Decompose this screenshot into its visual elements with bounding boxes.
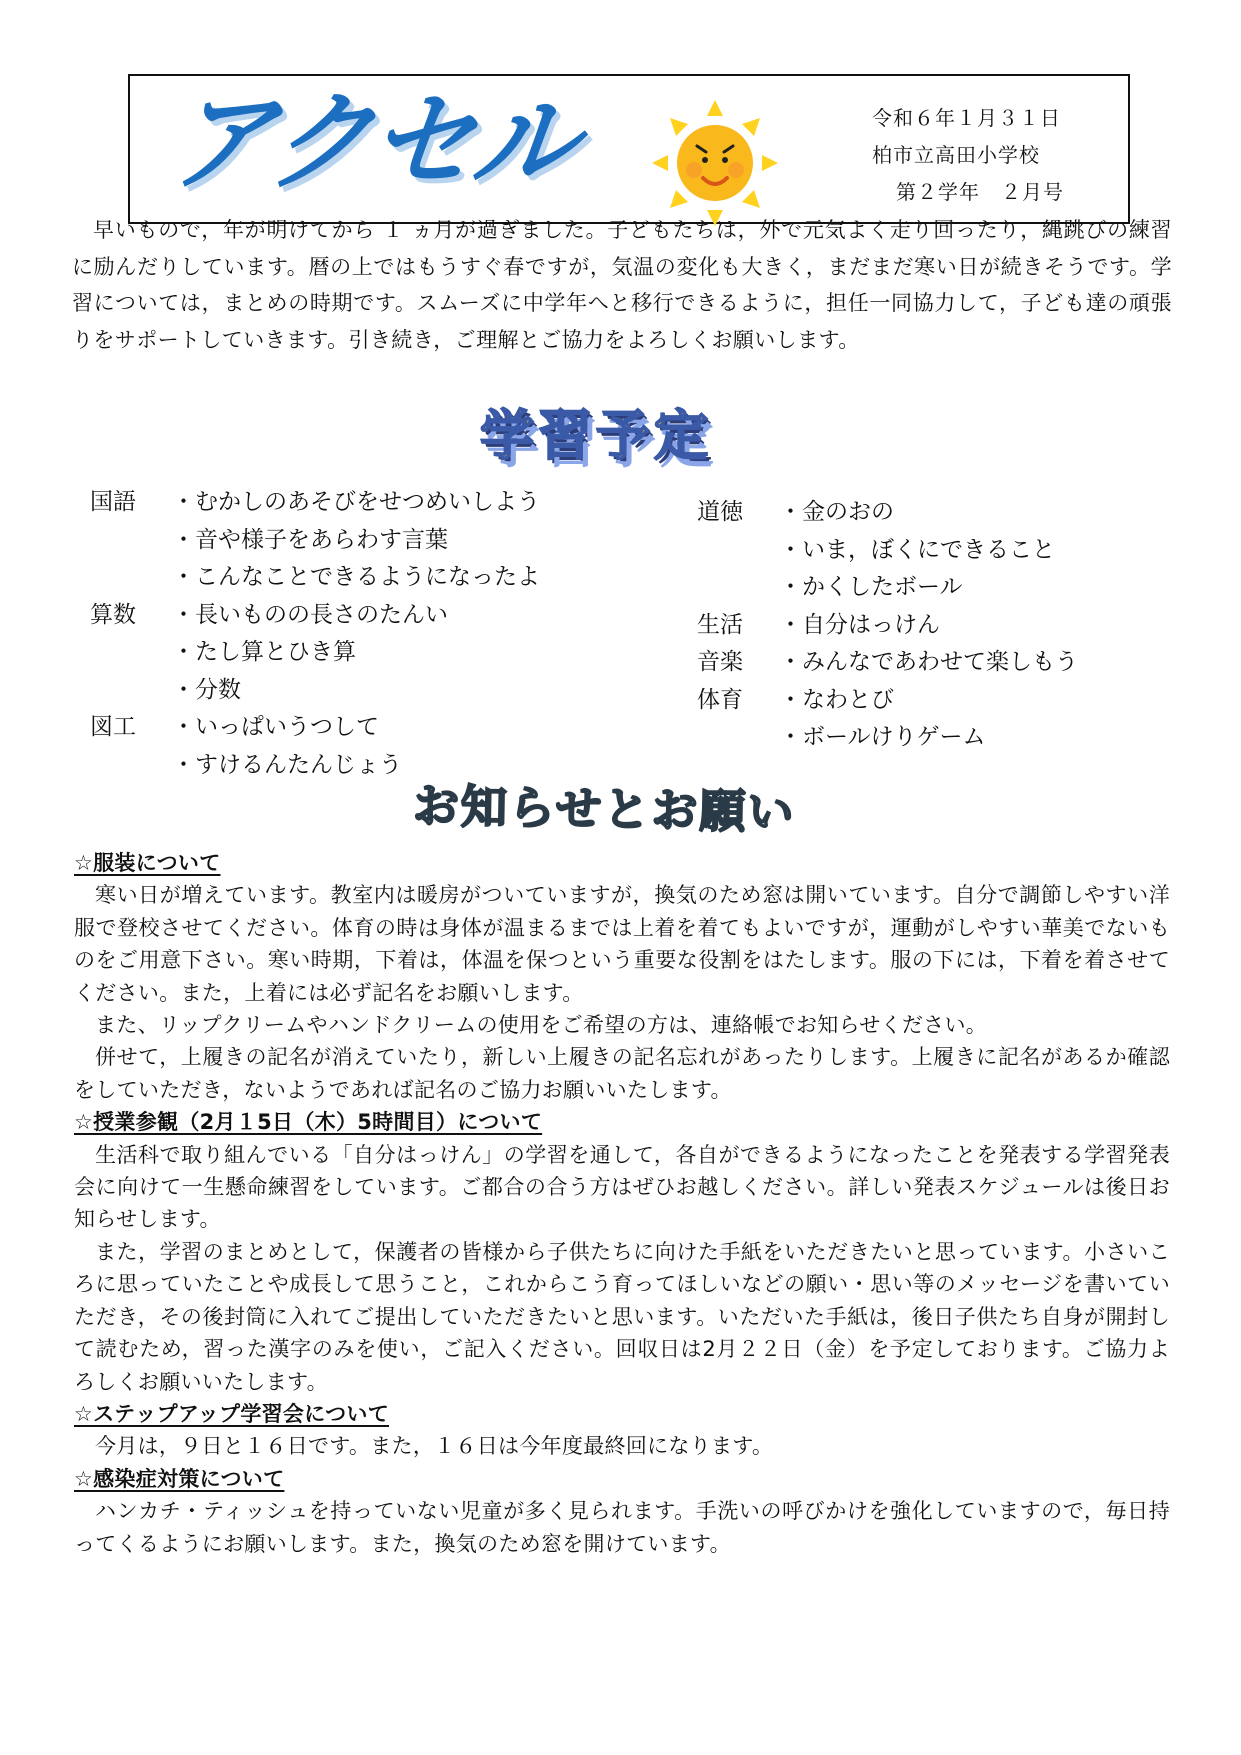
schedule-row: 分数 bbox=[90, 672, 540, 710]
subject-label bbox=[697, 532, 779, 570]
subject-label: 生活 bbox=[697, 607, 779, 645]
schedule-row: 算数長いものの長さのたんい bbox=[90, 597, 540, 635]
issue-number: 第２学年 ２月号 bbox=[872, 174, 1064, 211]
schedule-row: こんなことできるようになったよ bbox=[90, 559, 540, 597]
notice-banner: お知らせとお願い bbox=[412, 770, 796, 843]
lesson-item: いま，ぼくにできること bbox=[779, 532, 1055, 570]
subject-label bbox=[697, 719, 779, 757]
lesson-item: むかしのあそびをせつめいしよう bbox=[172, 484, 540, 522]
notice-paragraph: 寒い日が増えています。教室内は暖房がついていますが，換気のため窓は開いています。… bbox=[74, 879, 1170, 1009]
subject-label: 算数 bbox=[90, 597, 172, 635]
subject-label bbox=[90, 672, 172, 710]
schedule-left-column: 国語むかしのあそびをせつめいしよう音や様子をあらわす言葉こんなことできるようにな… bbox=[90, 484, 540, 784]
lesson-item: かくしたボール bbox=[779, 569, 963, 607]
study-plan-banner: 学習予定 bbox=[480, 393, 712, 470]
notice-heading: ☆感染症対策について bbox=[74, 1463, 1170, 1495]
subject-label bbox=[90, 522, 172, 560]
lesson-item: 分数 bbox=[172, 672, 241, 710]
lesson-item: 金のおの bbox=[779, 494, 894, 532]
schedule-row: 音楽みんなであわせて楽しもう bbox=[697, 644, 1078, 682]
schedule-row: たし算とひき算 bbox=[90, 634, 540, 672]
subject-label: 道徳 bbox=[697, 494, 779, 532]
header-info: 令和６年１月３１日 柏市立高田小学校 第２学年 ２月号 bbox=[872, 100, 1064, 211]
newsletter-header: アクセル 令和６年１月３１日 柏市立高田小学校 第２学年 ２月号 bbox=[128, 74, 1130, 224]
notice-paragraph: ハンカチ・ティッシュを持っていない児童が多く見られます。手洗いの呼びかけを強化し… bbox=[74, 1495, 1170, 1560]
intro-paragraph: 早いもので，年が明けてから １ ヵ月が過ぎました。子どもたちは，外で元気よく走り… bbox=[72, 212, 1172, 358]
sun-face-icon bbox=[650, 98, 780, 228]
lesson-item: 自分はっけん bbox=[779, 607, 940, 645]
lesson-item: ボールけりゲーム bbox=[779, 719, 986, 757]
subject-label: 国語 bbox=[90, 484, 172, 522]
subject-label bbox=[90, 747, 172, 785]
lesson-item: こんなことできるようになったよ bbox=[172, 559, 540, 597]
notice-paragraph: 生活科で取り組んでいる「自分はっけん」の学習を通して，各自ができるようになったこ… bbox=[74, 1139, 1170, 1236]
lesson-item: 音や様子をあらわす言葉 bbox=[172, 522, 448, 560]
subject-label bbox=[90, 634, 172, 672]
notice-paragraph: 併せて，上履きの記名が消えていたり，新しい上履きの記名忘れがあったりします。上履… bbox=[74, 1041, 1170, 1106]
schedule-row: 道徳金のおの bbox=[697, 494, 1078, 532]
schedule-row: 国語むかしのあそびをせつめいしよう bbox=[90, 484, 540, 522]
lesson-item: たし算とひき算 bbox=[172, 634, 356, 672]
lesson-item: すけるんたんじょう bbox=[172, 747, 402, 785]
schedule-right-column: 道徳金のおのいま，ぼくにできることかくしたボール生活自分はっけん音楽みんなであわ… bbox=[697, 494, 1078, 757]
schedule-row: 音や様子をあらわす言葉 bbox=[90, 522, 540, 560]
schedule-row: 図工いっぱいうつして bbox=[90, 709, 540, 747]
notice-heading: ☆服装について bbox=[74, 847, 1170, 879]
notice-heading: ☆ステップアップ学習会について bbox=[74, 1398, 1170, 1430]
subject-label bbox=[90, 559, 172, 597]
notice-heading: ☆授業参観（2月１5日（木）5時間目）について bbox=[74, 1106, 1170, 1138]
lesson-item: いっぱいうつして bbox=[172, 709, 379, 747]
notice-paragraph: 今月は，９日と１６日です。また，１６日は今年度最終回になります。 bbox=[74, 1430, 1170, 1462]
notice-paragraph: また，学習のまとめとして，保護者の皆様から子供たちに向けた手紙をいただきたいと思… bbox=[74, 1236, 1170, 1398]
notice-paragraph: また、リップクリームやハンドクリームの使用をご希望の方は、連絡帳でお知らせくださ… bbox=[74, 1009, 1170, 1041]
issue-date: 令和６年１月３１日 bbox=[872, 100, 1064, 137]
subject-label: 図工 bbox=[90, 709, 172, 747]
schedule-row: 生活自分はっけん bbox=[697, 607, 1078, 645]
subject-label: 体育 bbox=[697, 682, 779, 720]
schedule-row: ボールけりゲーム bbox=[697, 719, 1078, 757]
schedule-row: いま，ぼくにできること bbox=[697, 532, 1078, 570]
notices-section: ☆服装について寒い日が増えています。教室内は暖房がついていますが，換気のため窓は… bbox=[74, 847, 1170, 1560]
lesson-item: みんなであわせて楽しもう bbox=[779, 644, 1078, 682]
lesson-item: 長いものの長さのたんい bbox=[172, 597, 448, 635]
subject-label: 音楽 bbox=[697, 644, 779, 682]
lesson-item: なわとび bbox=[779, 682, 894, 720]
newsletter-title: アクセル bbox=[164, 87, 580, 196]
schedule-row: かくしたボール bbox=[697, 569, 1078, 607]
school-name: 柏市立高田小学校 bbox=[872, 137, 1064, 174]
schedule-row: 体育なわとび bbox=[697, 682, 1078, 720]
subject-label bbox=[697, 569, 779, 607]
